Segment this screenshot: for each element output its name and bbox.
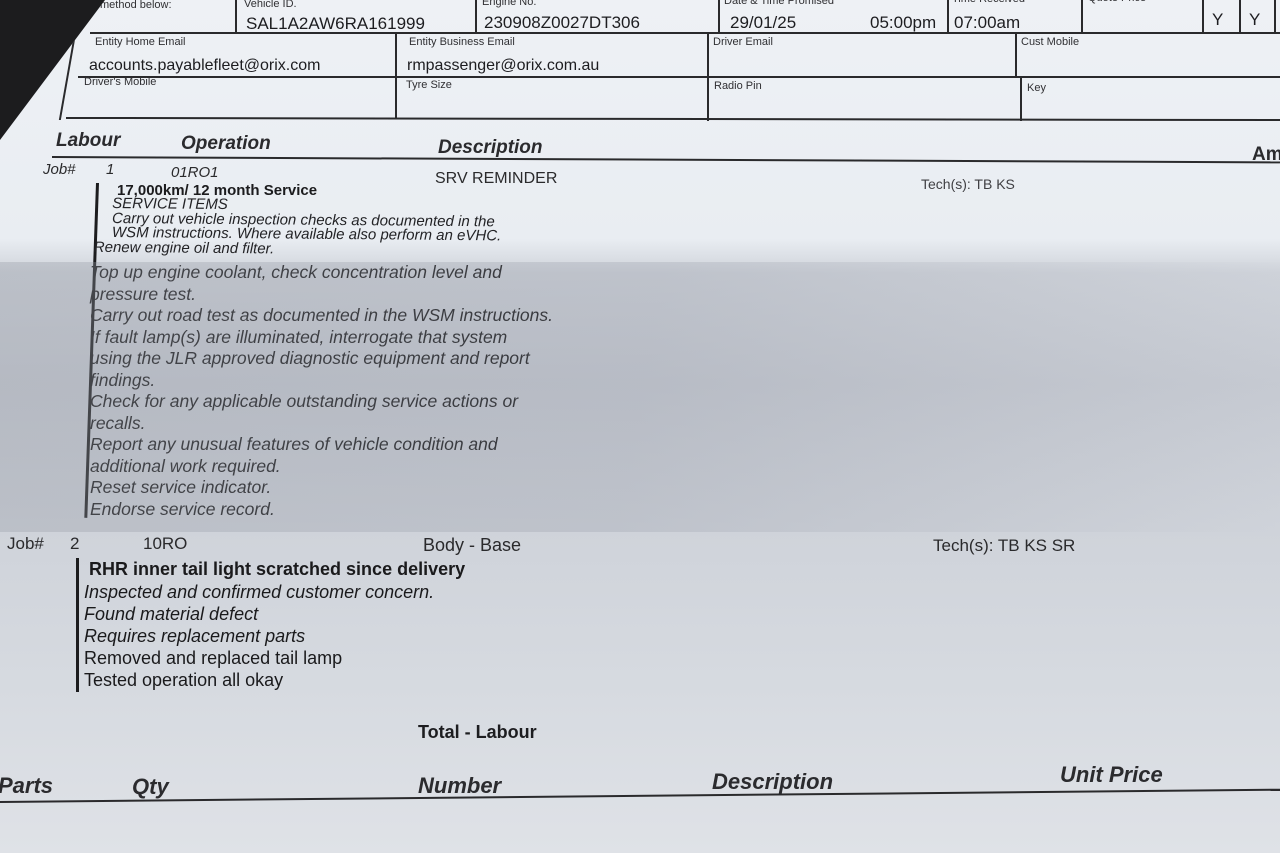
operation-header: Operation: [181, 133, 271, 155]
entity-business-email-label: Entity Business Email: [409, 36, 515, 48]
job-note-line: Endorse service record.: [90, 499, 553, 521]
parts-description-header: Description: [712, 769, 833, 795]
divider: [1015, 33, 1017, 77]
engine-no-label: Engine No.: [482, 0, 536, 8]
method-label: method below:: [100, 0, 172, 11]
job-note-line: using the JLR approved diagnostic equipm…: [90, 348, 553, 370]
divider: [1274, 0, 1276, 33]
divider: [395, 33, 397, 119]
divider: [707, 33, 709, 121]
job-notes-small: SERVICE ITEMS Carry out vehicle inspecti…: [112, 197, 502, 258]
job-bracket: [76, 558, 79, 692]
job-operation: 10RO: [143, 534, 187, 554]
job-note-line: Top up engine coolant, check concentrati…: [90, 262, 553, 284]
job-number: 2: [70, 534, 79, 554]
job-label: Job#: [43, 161, 76, 178]
job-note-line: Check for any applicable outstanding ser…: [90, 391, 553, 413]
job-operation: 01RO1: [171, 164, 219, 181]
job-notes: Inspected and confirmed customer concern…: [84, 581, 434, 691]
driver-email-label: Driver Email: [713, 36, 773, 48]
labour-header: Labour: [56, 130, 120, 152]
divider: [1239, 0, 1241, 33]
unit-price-header: Unit Price: [1060, 762, 1163, 788]
date-promised-label: Date & Time Promised: [724, 0, 834, 7]
entity-home-email-value: accounts.payablefleet@orix.com: [89, 57, 320, 75]
job-note-line: Requires replacement parts: [84, 625, 434, 647]
job-description: SRV REMINDER: [435, 170, 557, 188]
quote-price-label: Quote Price: [1088, 0, 1146, 4]
job-note-line: findings.: [90, 370, 553, 392]
job-note-line: Reset service indicator.: [90, 477, 553, 499]
flag-a-value: Y: [1212, 10, 1223, 30]
divider: [59, 0, 82, 120]
job-techs: Tech(s): TB KS: [921, 176, 1015, 192]
divider: [718, 0, 720, 33]
divider: [235, 0, 237, 33]
job-note-line: Report any unusual features of vehicle c…: [90, 434, 553, 456]
radio-pin-label: Radio Pin: [714, 80, 762, 92]
job-techs: Tech(s): TB KS SR: [933, 536, 1075, 556]
divider: [475, 0, 477, 33]
job-notes: Top up engine coolant, check concentrati…: [90, 262, 553, 520]
qty-header: Qty: [132, 774, 169, 800]
cust-mobile-label: Cust Mobile: [1021, 36, 1079, 48]
job-number: 1: [106, 161, 114, 178]
total-labour-label: Total - Labour: [418, 722, 537, 743]
job-label: Job#: [7, 534, 44, 554]
job-note-line: Inspected and confirmed customer concern…: [84, 581, 434, 603]
divider: [947, 0, 949, 33]
labour-header-rule: [52, 156, 1280, 163]
divider: [66, 117, 1280, 121]
date-promised-value: 29/01/25: [730, 13, 796, 33]
divider: [1081, 0, 1083, 33]
job-note-line: additional work required.: [90, 456, 553, 478]
divider: [1020, 77, 1022, 121]
parts-header: Parts: [0, 773, 53, 799]
job-note-line: recalls.: [90, 413, 553, 435]
job-title: RHR inner tail light scratched since del…: [89, 559, 465, 580]
job-note-line: If fault lamp(s) are illuminated, interr…: [90, 327, 553, 349]
entity-home-email-label: Entity Home Email: [95, 36, 185, 48]
key-label: Key: [1027, 82, 1046, 94]
job-note-line: pressure test.: [90, 284, 553, 306]
job-note-line: Found material defect: [84, 603, 434, 625]
drivers-mobile-label: Driver's Mobile: [84, 76, 156, 88]
service-invoice-page: method below: Vehicle ID. SAL1A2AW6RA161…: [0, 0, 1280, 853]
parts-header-rule: [0, 789, 1280, 803]
time-received-label: Time Received: [952, 0, 1025, 5]
job-description: Body - Base: [423, 535, 521, 556]
flag-b-value: Y: [1249, 10, 1260, 30]
vehicle-id-value: SAL1A2AW6RA161999: [246, 14, 425, 34]
time-promised-value: 05:00pm: [870, 13, 936, 33]
number-header: Number: [418, 773, 501, 799]
description-header: Description: [438, 137, 543, 159]
vehicle-id-label: Vehicle ID.: [244, 0, 297, 10]
engine-no-value: 230908Z0027DT306: [484, 13, 640, 33]
divider: [1202, 0, 1204, 33]
time-received-value: 07:00am: [954, 13, 1020, 33]
job-note-line: Removed and replaced tail lamp: [84, 647, 434, 669]
job-note-line: Tested operation all okay: [84, 669, 434, 691]
tyre-size-label: Tyre Size: [406, 79, 452, 91]
divider: [78, 76, 1280, 78]
job-note-line: Carry out road test as documented in the…: [90, 305, 553, 327]
entity-business-email-value: rmpassenger@orix.com.au: [407, 57, 599, 75]
